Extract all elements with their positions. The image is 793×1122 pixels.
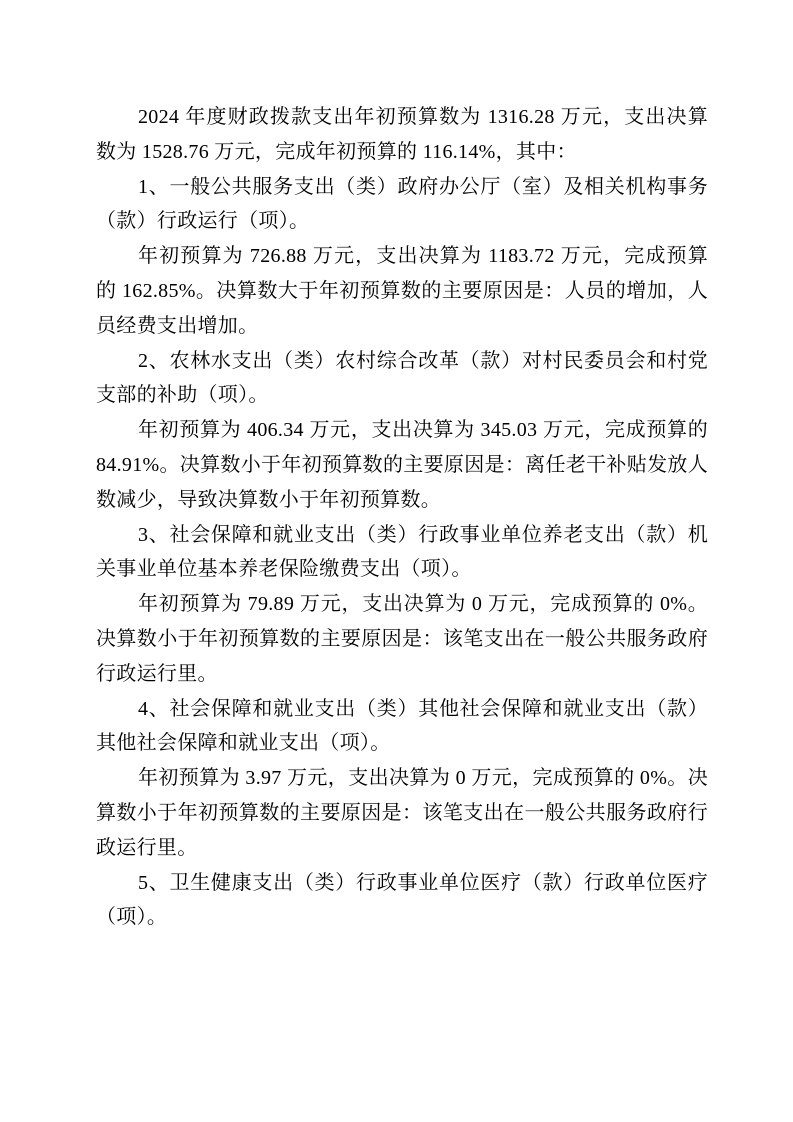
paragraph-item1-detail: 年初预算为 726.88 万元，支出决算为 1183.72 万元，完成预算的 1… <box>96 239 708 343</box>
paragraph-item4-title: 4、社会保障和就业支出（类）其他社会保障和就业支出（款）其他社会保障和就业支出（… <box>96 692 708 762</box>
paragraph-summary: 2024 年度财政拨款支出年初预算数为 1316.28 万元，支出决算数为 15… <box>96 100 708 170</box>
document-body: 2024 年度财政拨款支出年初预算数为 1316.28 万元，支出决算数为 15… <box>96 100 708 935</box>
paragraph-item2-detail: 年初预算为 406.34 万元，支出决算为 345.03 万元，完成预算的 84… <box>96 413 708 517</box>
paragraph-item4-detail: 年初预算为 3.97 万元，支出决算为 0 万元，完成预算的 0%。决算数小于年… <box>96 761 708 865</box>
document-page: 2024 年度财政拨款支出年初预算数为 1316.28 万元，支出决算数为 15… <box>0 0 793 1122</box>
paragraph-item3-detail: 年初预算为 79.89 万元，支出决算为 0 万元，完成预算的 0%。决算数小于… <box>96 587 708 691</box>
paragraph-item5-title: 5、卫生健康支出（类）行政事业单位医疗（款）行政单位医疗（项）。 <box>96 866 708 936</box>
paragraph-item2-title: 2、农林水支出（类）农村综合改革（款）对村民委员会和村党支部的补助（项）。 <box>96 344 708 414</box>
paragraph-item1-title: 1、一般公共服务支出（类）政府办公厅（室）及相关机构事务（款）行政运行（项）。 <box>96 170 708 240</box>
paragraph-item3-title: 3、社会保障和就业支出（类）行政事业单位养老支出（款）机关事业单位基本养老保险缴… <box>96 518 708 588</box>
